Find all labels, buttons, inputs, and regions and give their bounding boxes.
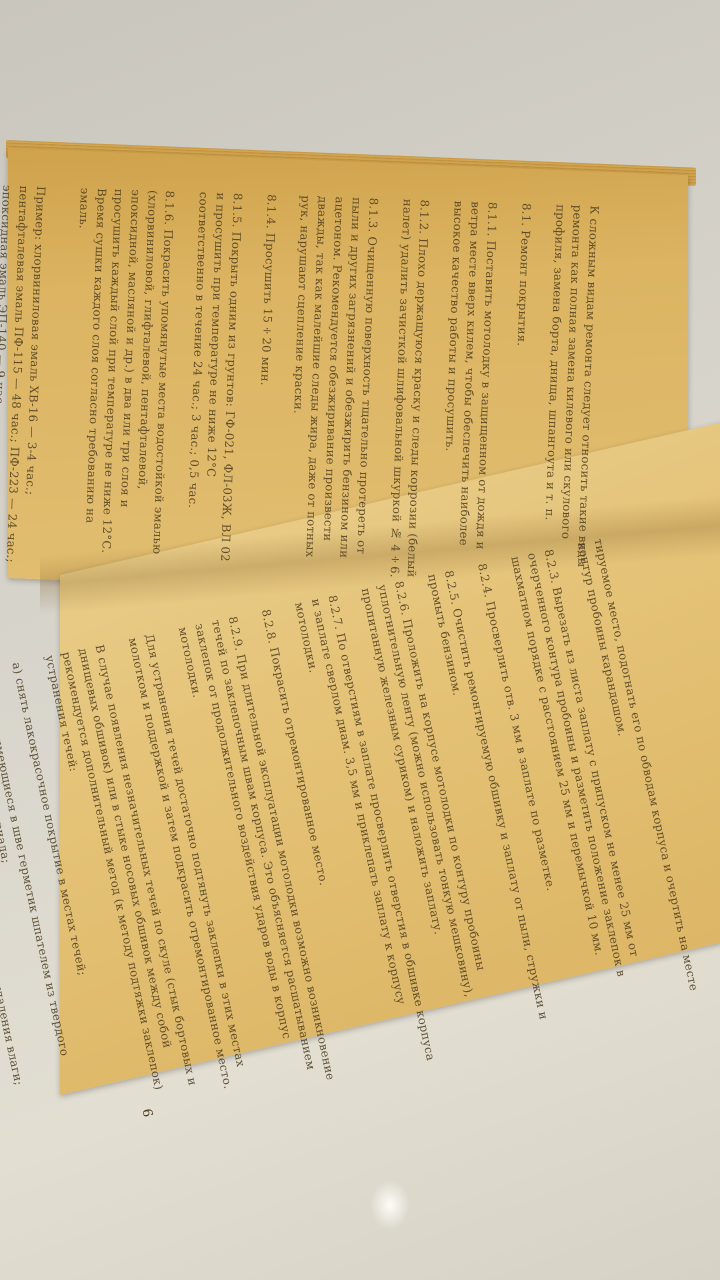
item-8-1-4: 8.1.4. Просушить 15÷20 мин. <box>250 194 280 574</box>
item-8-1-1: 8.1.1. Поставить мотолодку в защищенном … <box>437 200 501 582</box>
item-8-1-2: 8.1.2. Плохо держащуюся краску и следы к… <box>386 199 433 580</box>
item-8-1-6: 8.1.6. Покрасить упомянутые места водост… <box>63 187 178 570</box>
intro-paragraph: К сложным видам ремонта следует относить… <box>538 204 602 586</box>
item-8-1-5: 8.1.5. Покрыть одним из грунтов: ГФ-021,… <box>182 192 246 574</box>
item-8-1-3: 8.1.3. Очищенную поверхность тщательно п… <box>284 195 382 578</box>
open-booklet: К сложным видам ремонта следует относить… <box>0 0 720 1280</box>
left-page-text: К сложным видам ремонта следует относить… <box>137 190 620 586</box>
section-8-1-heading: 8.1. Ремонт покрытия. <box>505 203 535 583</box>
